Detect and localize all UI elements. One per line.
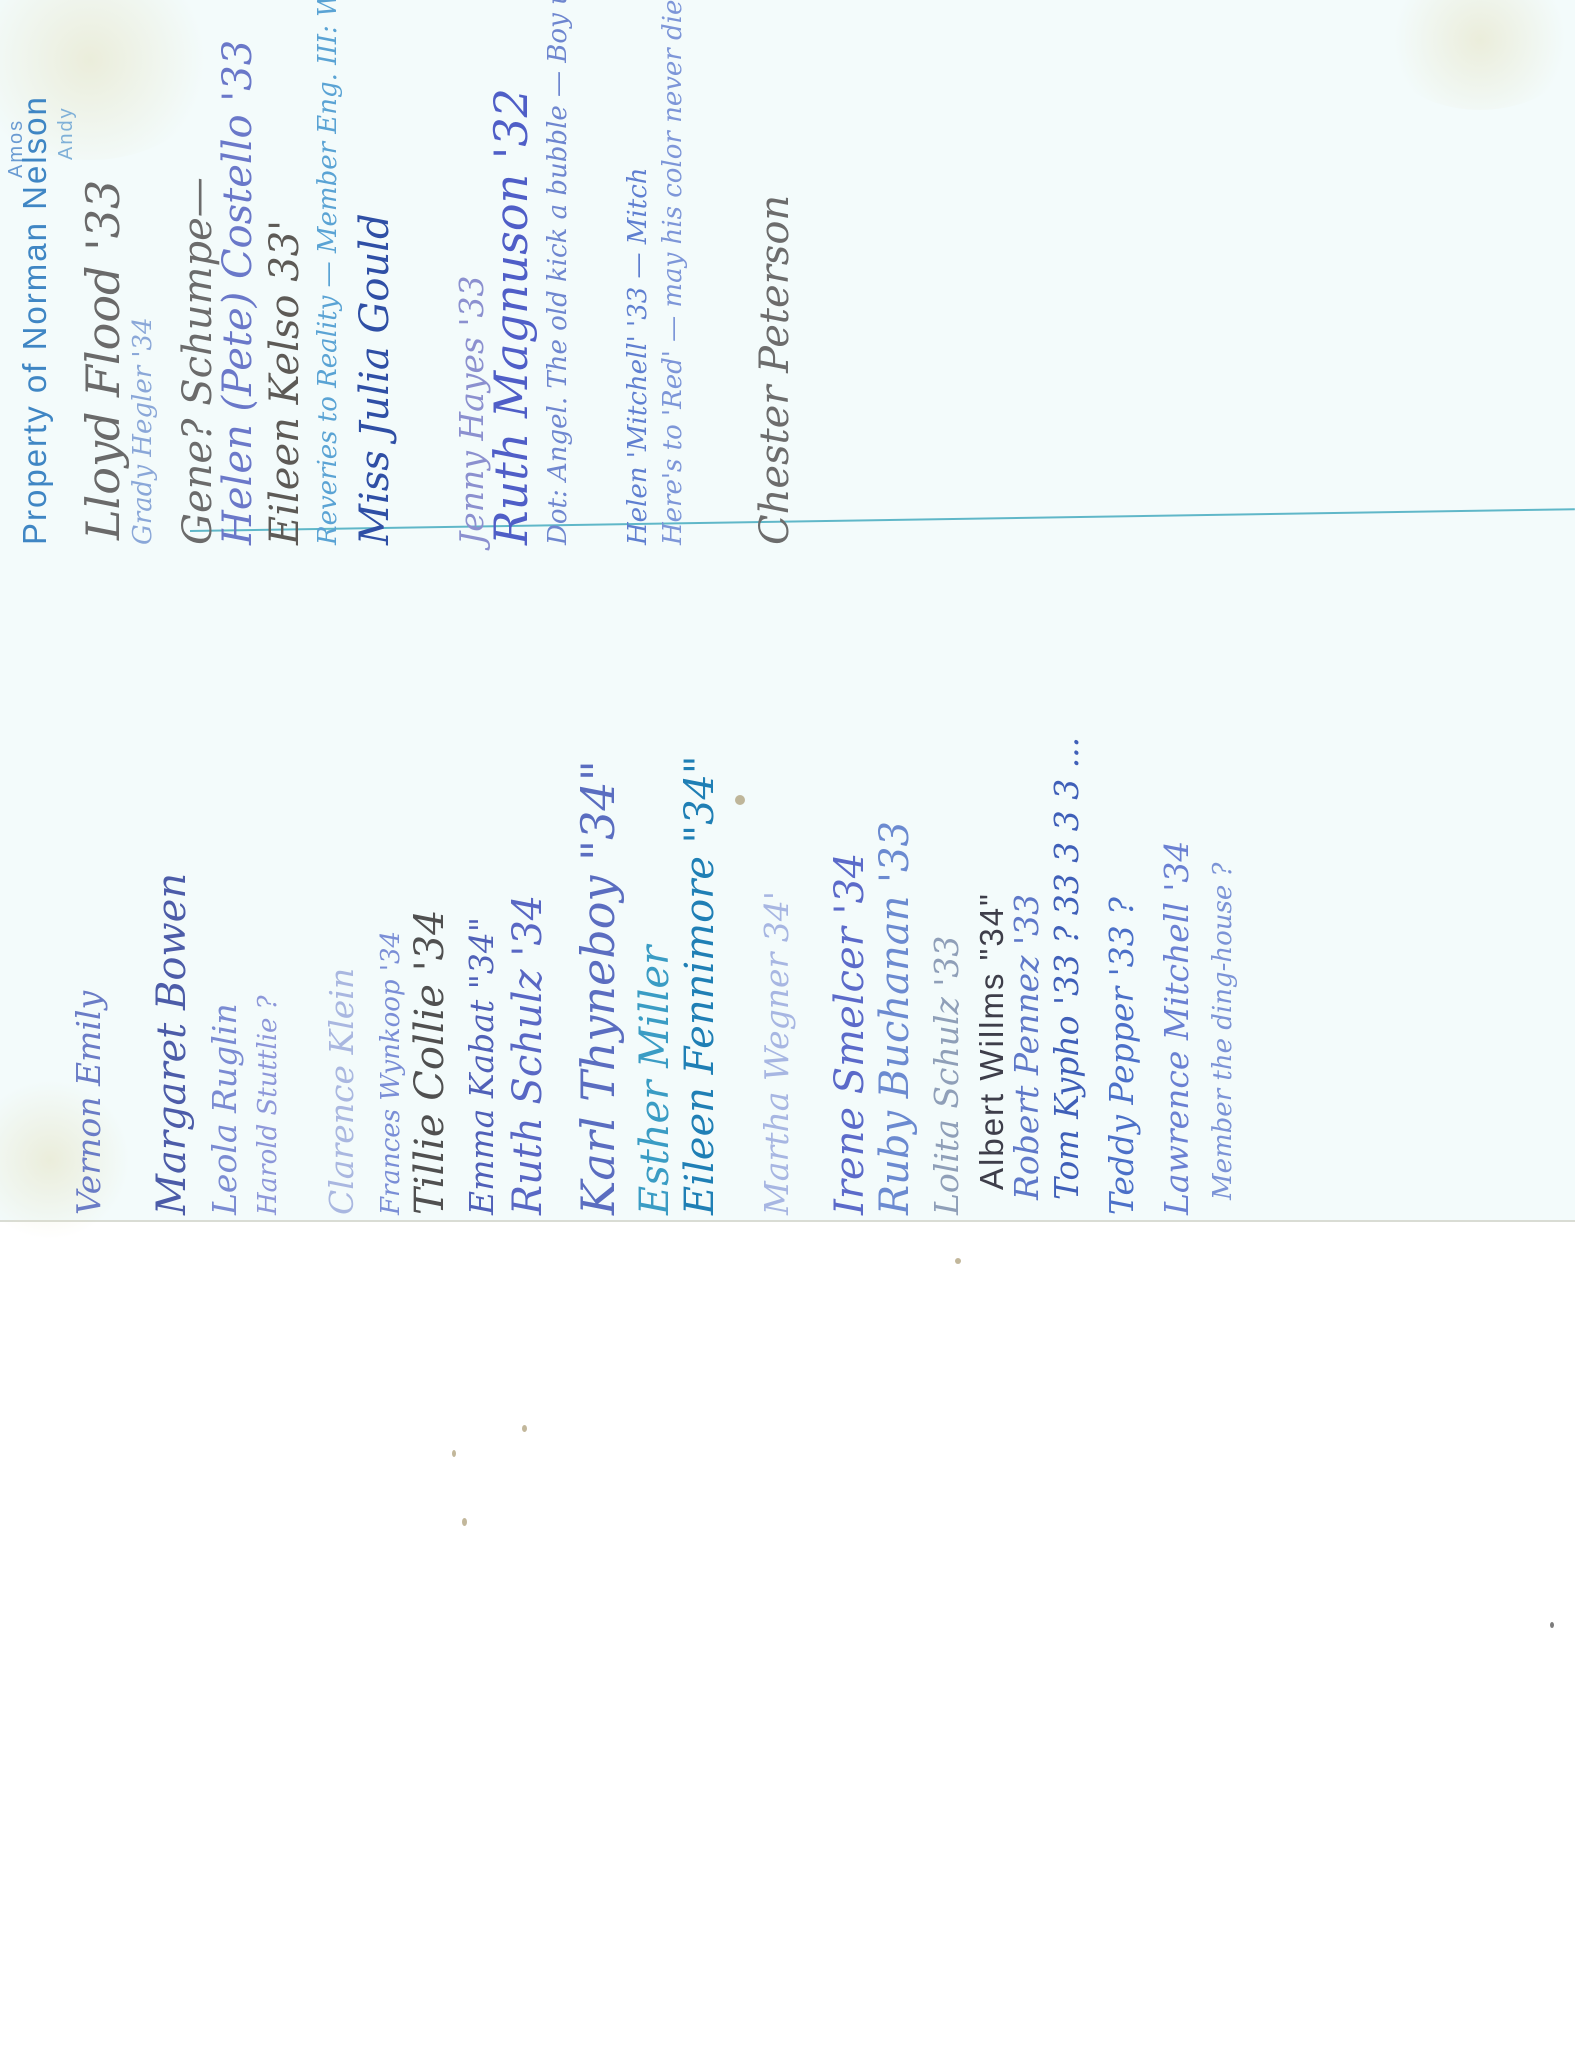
bracket-note-andy: Andy xyxy=(56,106,76,160)
entry-eileen-fennimore: Eileen Fennimore "34" xyxy=(680,756,720,1215)
entry-martha-wegner: Martha Wegner 34' xyxy=(760,891,793,1215)
entry-karl-thyneboy: Karl Thyneboy "34" xyxy=(575,760,621,1215)
spacer xyxy=(716,0,718,548)
entry-robert-pennez: Robert Pennez '33 xyxy=(1010,894,1043,1200)
ink-blot xyxy=(735,795,745,805)
entry-harold-stuttlie: Harold Stuttlie ? xyxy=(255,995,281,1215)
entry-ruth-magnuson: Ruth Magnuson '32 xyxy=(488,88,534,545)
entry-tom-kypho: Tom Kypho '33 ? 33 3 3 3 ... xyxy=(1050,737,1083,1200)
entry-lloyd-flood: Lloyd Flood '33 xyxy=(80,180,126,540)
entry-reveries-note: Reveries to Reality — Member Eng. III: W… xyxy=(315,0,341,545)
entry-grady-hegler: Grady Hegler '34 xyxy=(130,317,156,545)
entry-tillie-collie: Tillie Collie '34 xyxy=(410,909,450,1215)
entry-member-ding-house: Member the ding-house ? xyxy=(1210,863,1236,1200)
dust-speck xyxy=(1550,1622,1554,1628)
entry-lawrence-mitchell: Lawrence Mitchell '34 xyxy=(1160,841,1193,1215)
dust-speck xyxy=(462,1518,467,1526)
entry-margaret-bowen: Margaret Bowen xyxy=(152,873,192,1215)
dust-speck xyxy=(522,1425,527,1432)
entry-albert-willms: Albert Willms "34" xyxy=(975,892,1008,1190)
entry-ruth-schulz: Ruth Schulz '34 xyxy=(508,895,548,1215)
dust-speck xyxy=(452,1450,456,1457)
entry-lolita-schulz: Lolita Schulz '33 xyxy=(930,936,963,1215)
entry-helen-mitchell: Helen 'Mitchell' '33 — Mitch xyxy=(625,168,651,546)
entry-helen-costello: Helen (Pete) Costello '33 xyxy=(218,40,258,545)
dust-speck xyxy=(955,1258,961,1264)
entry-schumpe: Gene? Schumpe— xyxy=(178,177,218,545)
entry-teddy-pepper: Teddy Pepper '33 ? xyxy=(1105,897,1138,1215)
entry-ruby-buchanan: Ruby Buchanan '33 xyxy=(875,821,915,1215)
entry-leola-ruglin: Leola Ruglin xyxy=(208,1003,241,1215)
entry-julia-gould: Miss Julia Gould xyxy=(355,213,395,545)
entry-dot-angel-note: Dot: Angel. The old kick a bubble — Boy … xyxy=(545,0,571,545)
entry-esther-miller: Esther Miller xyxy=(635,946,675,1215)
autograph-card: Property of Norman Nelson Amos Andy Lloy… xyxy=(0,0,1575,1222)
entry-emma-kabat: Emma Kabat "34" xyxy=(465,917,498,1215)
entry-irene-smelcer: Irene Smelcer '34 xyxy=(830,853,870,1215)
age-stain xyxy=(0,1080,130,1240)
entry-vernon-emily: Vernon Emily xyxy=(72,991,105,1215)
bracket-note-amos: Amos xyxy=(6,119,26,178)
entry-frances-wynkoop: Frances Wynkoop '34 xyxy=(378,931,404,1215)
entry-chester-peterson: Chester Peterson xyxy=(755,195,795,545)
age-stain xyxy=(1380,0,1575,110)
entry-eileen-kelso: Eileen Kelso 33' xyxy=(265,220,305,545)
entry-here-is-to-red: Here's to 'Red' — may his color never di… xyxy=(660,0,686,545)
entry-clarence-klein: Clarence Klein xyxy=(325,968,358,1215)
